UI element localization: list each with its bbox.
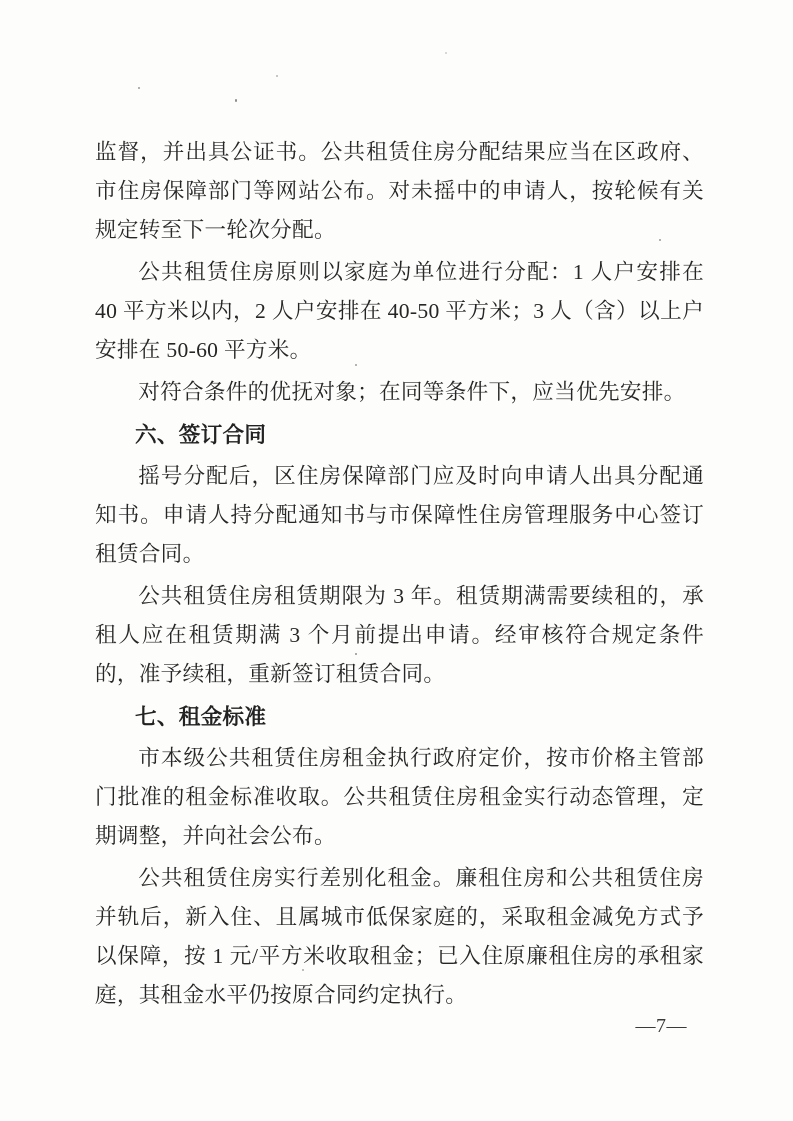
document-body: 监督，并出具公证书。公共租赁住房分配结果应当在区政府、市住房保障部门等网站公布。… <box>95 133 704 1018</box>
scan-speck <box>355 364 357 366</box>
section-heading-sign-contract: 六、签订合同 <box>95 415 704 454</box>
scan-speck <box>302 969 304 971</box>
scan-speck <box>355 653 357 655</box>
section-heading-rent-standard: 七、租金标准 <box>95 697 704 736</box>
page-number: —7— <box>636 1015 688 1038</box>
paragraph-rent-pricing: 市本级公共租赁住房租金执行政府定价，按市价格主管部门批准的租金标准收取。公共租赁… <box>95 739 704 856</box>
scan-speck <box>445 52 447 54</box>
scan-speck <box>138 87 140 89</box>
paragraph-allocation-by-household: 公共租赁住房原则以家庭为单位进行分配：1 人户安排在 40 平方米以内，2 人户… <box>95 253 704 370</box>
scan-speck <box>235 99 237 102</box>
paragraph-differentiated-rent: 公共租赁住房实行差别化租金。廉租住房和公共租赁住房并轨后，新入住、且属城市低保家… <box>95 859 704 1015</box>
paragraph-allocation-notice: 摇号分配后，区住房保障部门应及时向申请人出具分配通知书。申请人持分配通知书与市保… <box>95 457 704 574</box>
paragraph-allocation-results: 监督，并出具公证书。公共租赁住房分配结果应当在区政府、市住房保障部门等网站公布。… <box>95 133 704 250</box>
scanned-document-page: 监督，并出具公证书。公共租赁住房分配结果应当在区政府、市住房保障部门等网站公布。… <box>0 0 793 1121</box>
scan-speck <box>659 239 661 241</box>
paragraph-priority-arrangement: 对符合条件的优抚对象；在同等条件下，应当优先安排。 <box>95 373 704 412</box>
paragraph-lease-term: 公共租赁住房租赁期限为 3 年。租赁期满需要续租的，承租人应在租赁期满 3 个月… <box>95 577 704 694</box>
scan-speck <box>276 75 278 77</box>
